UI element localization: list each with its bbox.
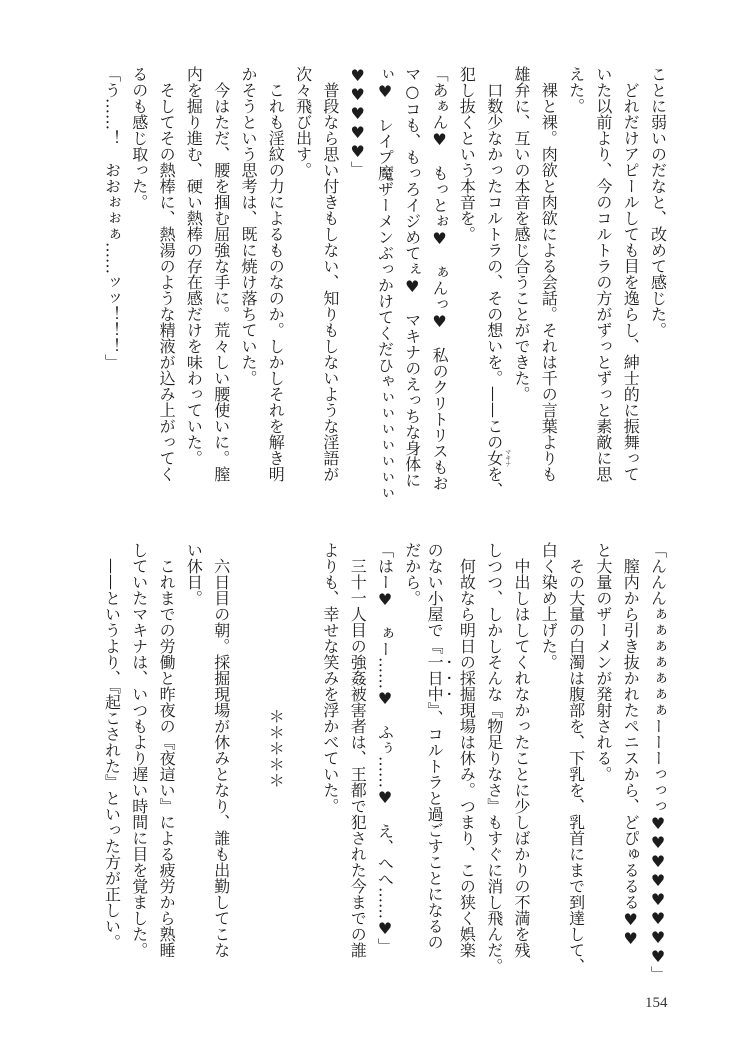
text-column-with-emphasis: のない小屋で『一日中』、コルトラと過ごすことになるの	[426, 542, 453, 982]
page-number: 154	[645, 995, 668, 1012]
text-segment: 』、コルトラと過ごすことになるの	[425, 702, 444, 950]
text-segment: のない小屋で『	[425, 542, 444, 654]
text-column: していたマキナは、いつもより遅い時間に目を覚ました。	[126, 542, 153, 982]
text-column: 三十一人目の強姦被害者は、王都で犯された今までの誰	[344, 542, 371, 982]
text-column: と大量のザーメンが発射される。	[590, 542, 617, 982]
text-column: 中出しはしてくれなかったことに少しばかりの不満を残	[508, 542, 535, 982]
text-column: 「んんんぁぁぁぁぁぁぁーーーっっっ♥♥♥♥♥♥♥♥」	[645, 542, 672, 982]
text-column: しつつ、しかしそんな『物足りなさ』もすぐに消し飛んだ。	[481, 542, 508, 982]
text-column: い休日。	[180, 542, 207, 982]
scene-break-asterisks: ＊＊＊＊＊	[262, 708, 289, 788]
text-column: 「はー♥ ぁー……♥ ふぅ……♥ え、へへ……♥」	[372, 542, 399, 982]
text-column: だから。	[399, 542, 426, 982]
text-column: 白く染め上げた。	[535, 542, 562, 982]
text-column: これまでの労働と昨夜の『夜這い』による疲労から熟睡	[153, 542, 180, 982]
text-column: ——というより、『起こされた』といった方が正しい。	[99, 542, 126, 982]
lower-text-block: 「んんんぁぁぁぁぁぁぁーーーっっっ♥♥♥♥♥♥♥♥」 膣内から引き抜かれたペニス…	[0, 0, 736, 1047]
text-column: その大量の白濁は腹部を、下乳を、乳首にまで到達して、	[563, 542, 590, 982]
text-column: 何故なら明日の採掘現場は休み。つまり、この狭く娯楽	[453, 542, 480, 982]
text-column: 六日目の朝。採掘現場が休みとなり、誰も出勤してこな	[208, 542, 235, 982]
text-column: よりも、幸せな笑みを浮かべていた。	[317, 542, 344, 982]
emphasized-text: 一日中	[425, 654, 444, 702]
book-page: ことに弱いのだなと、改めて感じた。 どれだけアピールしても目を逸らし、紳士的に振…	[0, 0, 736, 1047]
text-column: 膣内から引き抜かれたペニスから、どぴゅるるる♥♥	[617, 542, 644, 982]
